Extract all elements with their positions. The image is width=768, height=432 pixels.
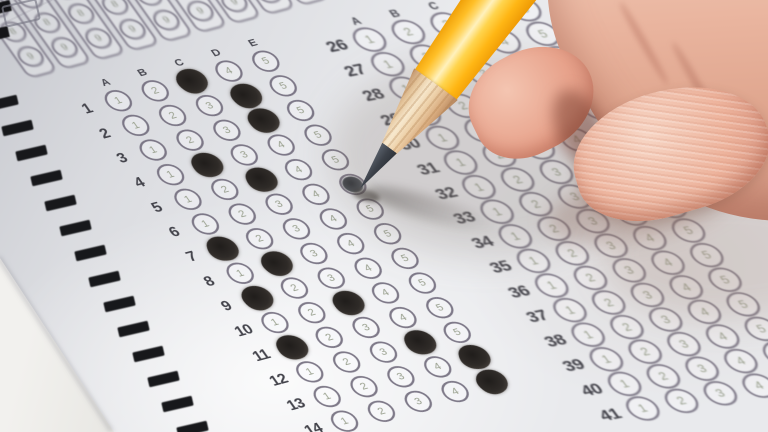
bubble-digit: 4 xyxy=(715,330,731,343)
bubble-digit: 2 xyxy=(583,271,599,284)
bubble-digit: 4 xyxy=(379,287,392,299)
bubble-digit: 3 xyxy=(203,100,216,112)
bubble-digit: 5 xyxy=(754,322,768,335)
bubble-digit: 2 xyxy=(546,222,562,235)
bubble-digit: 3 xyxy=(658,313,674,326)
bubble-digit: 3 xyxy=(603,239,619,252)
bubble-digit: 1 xyxy=(508,230,524,243)
bubble-digit: 4 xyxy=(642,232,658,245)
bubble-digit: 2 xyxy=(674,394,690,407)
bubble-digit: 1 xyxy=(269,317,282,329)
bubble-digit: 3 xyxy=(676,337,692,350)
bubble-digit: 1 xyxy=(129,120,142,132)
bubble-digit: 2 xyxy=(288,282,301,294)
bubble-digit: 2 xyxy=(253,233,266,245)
bubble-digit: 5 xyxy=(277,80,290,92)
bubble-digit: 2 xyxy=(166,110,179,122)
bubble-digit: 5 xyxy=(294,105,307,117)
bubble-digit: 1 xyxy=(338,415,351,427)
bubble-digit: 1 xyxy=(321,391,334,403)
bubble-digit: 1 xyxy=(580,328,596,341)
bubble-digit: 4 xyxy=(678,281,694,294)
bubble-digit: 5 xyxy=(717,273,733,286)
bubble-digit: 3 xyxy=(640,288,656,301)
bubble-digit: 1 xyxy=(617,377,633,390)
bubble-digit: 3 xyxy=(238,149,251,161)
bubble-digit: 2 xyxy=(619,320,635,333)
bubble-digit: 5 xyxy=(259,55,272,67)
bubble-digit: 4 xyxy=(327,213,340,225)
id-grid-digit: 8 xyxy=(143,0,155,1)
bubble-digit: 5 xyxy=(381,228,394,240)
id-grid-digit: 9 xyxy=(228,0,240,7)
bubble-digit: 3 xyxy=(273,198,286,210)
bubble-digit: 2 xyxy=(375,405,388,417)
bubble-digit: 1 xyxy=(435,131,451,144)
bubble-digit: 2 xyxy=(565,247,581,260)
bubble-digit: 3 xyxy=(694,362,710,375)
bubble-digit: 5 xyxy=(312,129,325,141)
bubble-digit: 2 xyxy=(656,370,672,383)
photo-answer-sheet-scene: 9876549876549876549876549876549876549876… xyxy=(0,0,768,432)
bubble-digit: 4 xyxy=(431,361,444,373)
bubble-digit: 3 xyxy=(220,124,233,136)
bubble-digit: 4 xyxy=(397,312,410,324)
bubble-digit: 4 xyxy=(275,139,288,151)
bubble-digit: 4 xyxy=(660,256,676,269)
bubble-digit: 5 xyxy=(416,277,429,289)
bubble-digit: 1 xyxy=(199,218,212,230)
bubble-digit: 5 xyxy=(699,249,715,262)
bubble-digit: 1 xyxy=(147,144,160,156)
bubble-digit: 5 xyxy=(433,302,446,314)
id-grid-digit: 9 xyxy=(194,6,206,17)
bubble-digit: 3 xyxy=(585,215,601,228)
bubble-digit: 2 xyxy=(149,85,162,97)
bubble-digit: 1 xyxy=(471,181,487,194)
id-grid-digit: 8 xyxy=(109,0,121,10)
bubble-digit: 2 xyxy=(510,173,526,186)
bubble-digit: 2 xyxy=(218,184,231,196)
bubble-digit: 5 xyxy=(451,326,464,338)
bubble-digit: 4 xyxy=(733,354,749,367)
bubble-digit: 3 xyxy=(325,272,338,284)
bubble-digit: 5 xyxy=(329,154,342,166)
bubble-digit: 4 xyxy=(697,305,713,318)
bubble-digit: 1 xyxy=(234,267,247,279)
bubble-digit: 2 xyxy=(340,356,353,368)
bubble-digit: 5 xyxy=(399,253,412,265)
bubble-digit: 1 xyxy=(380,58,396,71)
bubble-digit: 1 xyxy=(303,366,316,378)
bubble-digit: 5 xyxy=(735,298,751,311)
bubble-digit: 1 xyxy=(544,279,560,292)
bubble-digit: 3 xyxy=(394,371,407,383)
bubble-digit: 4 xyxy=(449,386,462,398)
bubble-digit: 2 xyxy=(358,381,371,393)
bubble-digit: 3 xyxy=(290,223,303,235)
bubble-digit: 2 xyxy=(184,134,197,146)
bubble-digit: 3 xyxy=(307,248,320,260)
bubble-digit: 1 xyxy=(489,205,505,218)
bubble-digit: 2 xyxy=(637,345,653,358)
bubble-digit: 5 xyxy=(535,27,551,40)
bubble-digit: 4 xyxy=(292,164,305,176)
bubble-digit: 2 xyxy=(528,198,544,211)
id-grid-digit: 9 xyxy=(59,42,71,53)
id-grid-digit: 8 xyxy=(75,8,87,19)
id-grid-digit: 9 xyxy=(160,15,172,26)
bubble-digit: 1 xyxy=(182,193,195,205)
bubble-digit: 3 xyxy=(621,264,637,277)
id-grid-digit: 9 xyxy=(25,51,37,62)
bubble-digit: 2 xyxy=(323,331,336,343)
bubble-digit: 1 xyxy=(635,402,651,415)
bubble-digit: 1 xyxy=(526,254,542,267)
bubble-digit: 3 xyxy=(412,396,425,408)
id-grid-digit: 8 xyxy=(41,17,53,28)
bubble-digit: 3 xyxy=(377,346,390,358)
bubble-digit: 3 xyxy=(549,165,565,178)
bubble-digit: 2 xyxy=(601,296,617,309)
bubble-digit: 1 xyxy=(599,353,615,366)
bubble-digit: 1 xyxy=(362,33,378,46)
bubble-digit: 4 xyxy=(362,262,375,274)
bubble-digit: 3 xyxy=(360,322,373,334)
bubble-digit: 1 xyxy=(453,156,469,169)
bubble-digit: 4 xyxy=(223,65,236,77)
bubble-digit: 1 xyxy=(562,304,578,317)
bubble-digit: 2 xyxy=(305,307,318,319)
id-grid-digit: 9 xyxy=(93,33,105,44)
bubble-digit: 4 xyxy=(310,188,323,200)
bubble-digit: 1 xyxy=(164,169,177,181)
bubble-digit: 1 xyxy=(112,95,125,107)
bubble-digit: 4 xyxy=(751,379,767,392)
bubble-digit: 3 xyxy=(713,387,729,400)
bubble-digit: 2 xyxy=(401,25,417,38)
bubble-digit: 4 xyxy=(344,238,357,250)
id-grid-digit: 9 xyxy=(127,24,139,35)
bubble-digit: 5 xyxy=(364,203,377,215)
bubble-digit: 2 xyxy=(236,208,249,220)
bubble-digit: 5 xyxy=(681,224,697,237)
